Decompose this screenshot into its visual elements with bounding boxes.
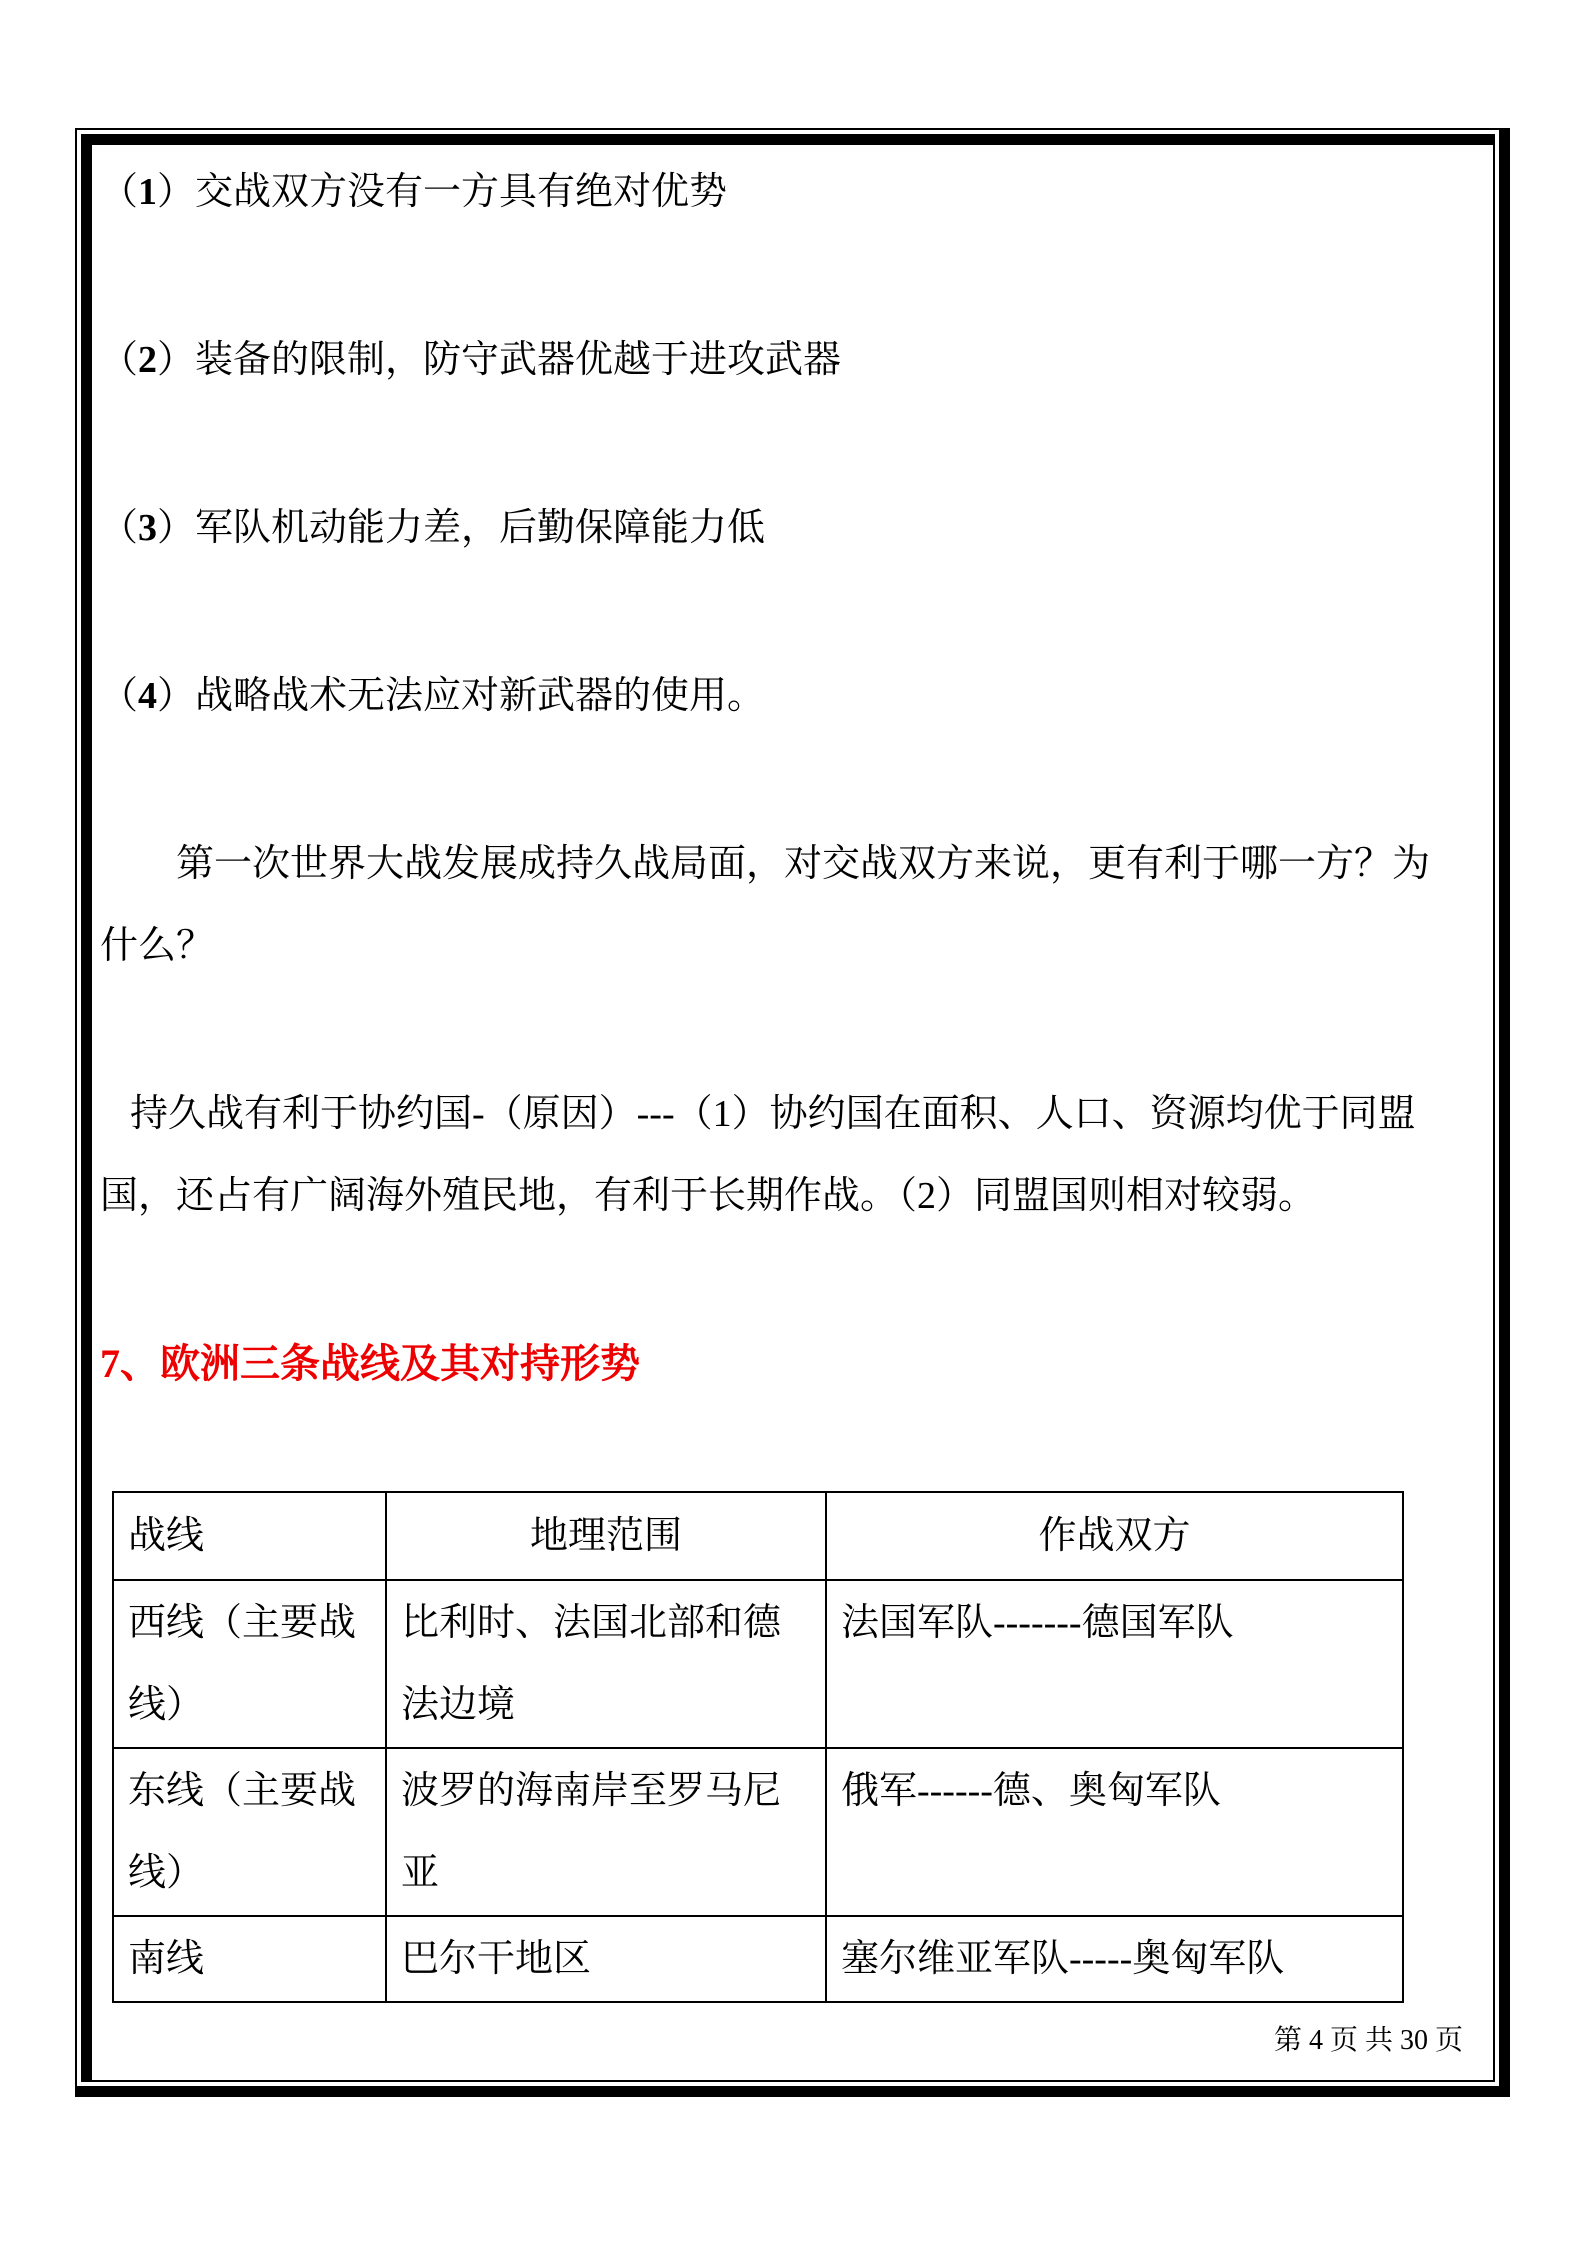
header-cell-belligerents: 作战双方 [826,1492,1403,1580]
page-content: （1）交战双方没有一方具有绝对优势 （2）装备的限制，防守武器优越于进攻武器 （… [92,145,1493,2063]
document-page: （1）交战双方没有一方具有绝对优势 （2）装备的限制，防守武器优越于进攻武器 （… [0,0,1587,2245]
table-row: 西线（主要战线） 比利时、法国北部和德法边境 法国军队-------德国军队 [113,1580,1403,1748]
table-cell: 西线（主要战线） [113,1580,386,1748]
item-text: 军队机动能力差，后勤保障能力低 [195,507,765,549]
fronts-table: 战线 地理范围 作战双方 西线（主要战线） 比利时、法国北部和德法边境 法国军队… [112,1491,1404,2003]
header-cell-front: 战线 [113,1492,386,1580]
table-cell: 法国军队-------德国军队 [826,1580,1403,1748]
table-cell: 南线 [113,1916,386,2002]
item-text: 战略战术无法应对新武器的使用。 [195,675,765,717]
paragraph-line: 第一次世界大战发展成持久战局面，对交战双方来说，更有利于哪一方？为 [100,823,1481,905]
item-number: （4） [100,675,195,717]
section-heading: 7、欧洲三条战线及其对持形势 [100,1323,1481,1405]
page-number: 第 4 页 共 30 页 [100,2019,1481,2063]
table-cell: 比利时、法国北部和德法边境 [386,1580,826,1748]
list-item-1: （1）交战双方没有一方具有绝对优势 [100,151,1481,233]
paragraph-line: 什么？ [100,905,1481,987]
item-number: （2） [100,339,195,381]
answer-paragraph: 持久战有利于协约国-（原因）---（1）协约国在面积、人口、资源均优于同盟 国，… [100,1073,1481,1237]
list-item-3: （3）军队机动能力差，后勤保障能力低 [100,487,1481,569]
paragraph-line: 持久战有利于协约国-（原因）---（1）协约国在面积、人口、资源均优于同盟 [100,1073,1481,1155]
table-cell: 俄军------德、奥匈军队 [826,1748,1403,1916]
table-row: 东线（主要战线） 波罗的海南岸至罗马尼亚 俄军------德、奥匈军队 [113,1748,1403,1916]
item-text: 交战双方没有一方具有绝对优势 [195,171,727,213]
item-number: （3） [100,507,195,549]
list-item-2: （2）装备的限制，防守武器优越于进攻武器 [100,319,1481,401]
page-border-outer: （1）交战双方没有一方具有绝对优势 （2）装备的限制，防守武器优越于进攻武器 （… [75,128,1510,2097]
paragraph-line: 国，还占有广阔海外殖民地，有利于长期作战。（2）同盟国则相对较弱。 [100,1155,1481,1237]
table-cell: 塞尔维亚军队-----奥匈军队 [826,1916,1403,2002]
table-cell: 波罗的海南岸至罗马尼亚 [386,1748,826,1916]
table-cell: 东线（主要战线） [113,1748,386,1916]
item-number: （1） [100,171,195,213]
item-text: 装备的限制，防守武器优越于进攻武器 [195,339,841,381]
heading-text: 欧洲三条战线及其对持形势 [160,1341,640,1386]
table-cell: 巴尔干地区 [386,1916,826,2002]
table-header-row: 战线 地理范围 作战双方 [113,1492,1403,1580]
list-item-4: （4）战略战术无法应对新武器的使用。 [100,655,1481,737]
header-cell-geography: 地理范围 [386,1492,826,1580]
question-paragraph: 第一次世界大战发展成持久战局面，对交战双方来说，更有利于哪一方？为 什么？ [100,823,1481,987]
page-border-inner: （1）交战双方没有一方具有绝对优势 （2）装备的限制，防守武器优越于进攻武器 （… [81,134,1495,2082]
table-row: 南线 巴尔干地区 塞尔维亚军队-----奥匈军队 [113,1916,1403,2002]
heading-number: 7、 [100,1341,160,1386]
